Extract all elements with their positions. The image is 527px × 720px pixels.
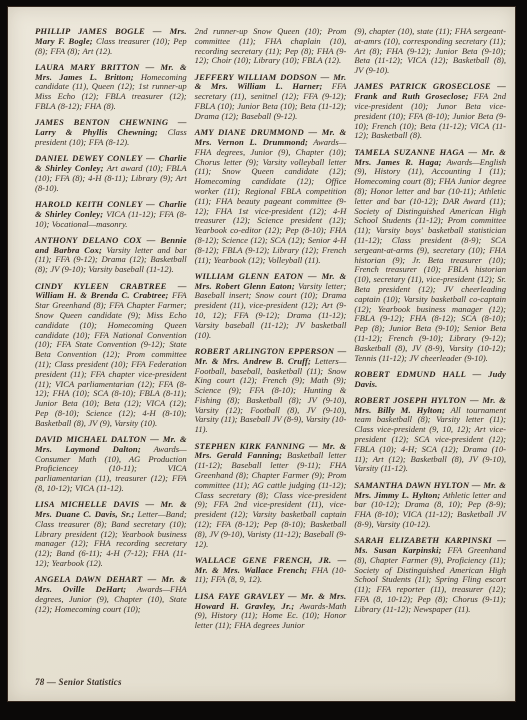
entry-name: JAMES BENTON CHEWNING — Larry & Phyllis … — [35, 117, 187, 137]
entry-activities: Awards—English (9), History (11), Accoun… — [354, 157, 506, 363]
column-middle: 2nd runner-up Snow Queen (10); Prom comm… — [195, 27, 347, 661]
entry-activities: (9), chapter (10), state (11); FHA serge… — [354, 26, 506, 75]
entry-paragraph: AMY DIANE DRUMMOND — Mr. & Mrs. Vernon L… — [195, 128, 347, 265]
entry-name: JEFFERY WILLIAM DODSON — Mr. & Mrs. Will… — [195, 72, 347, 92]
entry-activities: FFA Star Greenhand (8); FFA Chapter Farm… — [35, 290, 187, 427]
entry-paragraph: ANTHONY DELANO COX — Bennie and Barbra C… — [35, 236, 187, 275]
entry-paragraph: TAMELA SUZANNE HAGA — Mr. & Mrs. James R… — [354, 148, 506, 364]
entry-paragraph: ROBERT ARLINGTON EPPERSON — Mr. & Mrs. A… — [195, 347, 347, 435]
entry-paragraph: WALLACE GENE FRENCH, JR. — Mr. & Mrs. Wa… — [195, 556, 347, 585]
entry-paragraph: JAMES PATRICK GROSECLOSE — Frank and Rut… — [354, 82, 506, 141]
entry-paragraph: (9), chapter (10), state (11); FHA serge… — [354, 27, 506, 76]
entry-paragraph: LAURA MARY BRITTON — Mr. & Mrs. James L.… — [35, 63, 187, 112]
scanned-page-background: PHILLIP JAMES BOGLE — Mrs. Mary F. Bogle… — [0, 0, 527, 720]
entry-paragraph: PHILLIP JAMES BOGLE — Mrs. Mary F. Bogle… — [35, 27, 187, 56]
entry-paragraph: ANGELA DAWN DEHART — Mr. & Mrs. Oville D… — [35, 575, 187, 614]
entry-name: ROBERT EDMUND HALL — Judy Davis. — [354, 369, 506, 389]
column-left: PHILLIP JAMES BOGLE — Mrs. Mary F. Bogle… — [35, 27, 187, 661]
entry-activities: FFA Greenhand (8), Chapter Farmer (9), P… — [354, 545, 506, 614]
page-footer: 78 — Senior Statistics — [35, 677, 122, 687]
statistics-columns: PHILLIP JAMES BOGLE — Mrs. Mary F. Bogle… — [35, 27, 506, 661]
entry-activities: Varsity letter; Baseball insert; Snow co… — [195, 281, 347, 340]
entry-paragraph: JEFFERY WILLIAM DODSON — Mr. & Mrs. Will… — [195, 73, 347, 122]
entry-paragraph: 2nd runner-up Snow Queen (10); Prom comm… — [195, 27, 347, 66]
entry-activities: All tournament team basketball (8); Vars… — [354, 405, 506, 474]
column-right: (9), chapter (10), state (11); FHA serge… — [354, 27, 506, 661]
yearbook-page: PHILLIP JAMES BOGLE — Mrs. Mary F. Bogle… — [7, 6, 516, 702]
entry-paragraph: LISA FAYE GRAVLEY — Mr. & Mrs. Howard H.… — [195, 592, 347, 631]
entry-paragraph: HAROLD KEITH CONLEY — Charlie & Shirley … — [35, 200, 187, 229]
entry-paragraph: DANIEL DEWEY CONLEY — Charlie & Shirley … — [35, 154, 187, 193]
entry-paragraph: JAMES BENTON CHEWNING — Larry & Phyllis … — [35, 118, 187, 147]
entry-paragraph: SAMANTHA DAWN HYLTON — Mr. & Mrs. Jimmy … — [354, 481, 506, 530]
entry-activities: Awards—FHA degrees, Junior (9), Chapter … — [195, 137, 347, 265]
entry-paragraph: WILLIAM GLENN EATON — Mr. & Mrs. Robert … — [195, 272, 347, 341]
entry-paragraph: SARAH ELIZABETH KARPINSKI — Ms. Susan Ka… — [354, 536, 506, 614]
entry-paragraph: DAVID MICHAEL DALTON — Mr. & Mrs. Laymon… — [35, 435, 187, 494]
entry-activities: Basketball letter (11-12); Baseball lett… — [195, 450, 347, 548]
entry-paragraph: ROBERT JOSEPH HYLTON — Mr. & Mrs. Billy … — [354, 396, 506, 474]
entry-activities: 2nd runner-up Snow Queen (10); Prom comm… — [195, 26, 347, 65]
entry-paragraph: ROBERT EDMUND HALL — Judy Davis. — [354, 370, 506, 390]
entry-paragraph: LISA MICHELLE DAVIS — Mr. & Mrs. Duane C… — [35, 500, 187, 569]
entry-paragraph: STEPHEN KIRK FANNING — Mr. & Mrs. Gerald… — [195, 442, 347, 550]
entry-activities: Letter—Band; Class treasurer (8); Band s… — [35, 509, 187, 568]
entry-activities: Letters—Football, baseball, basketball (… — [195, 356, 347, 435]
entry-name: CINDY KYLEEN CRABTREE — William H. & Bre… — [35, 281, 187, 301]
entry-paragraph: CINDY KYLEEN CRABTREE — William H. & Bre… — [35, 282, 187, 429]
